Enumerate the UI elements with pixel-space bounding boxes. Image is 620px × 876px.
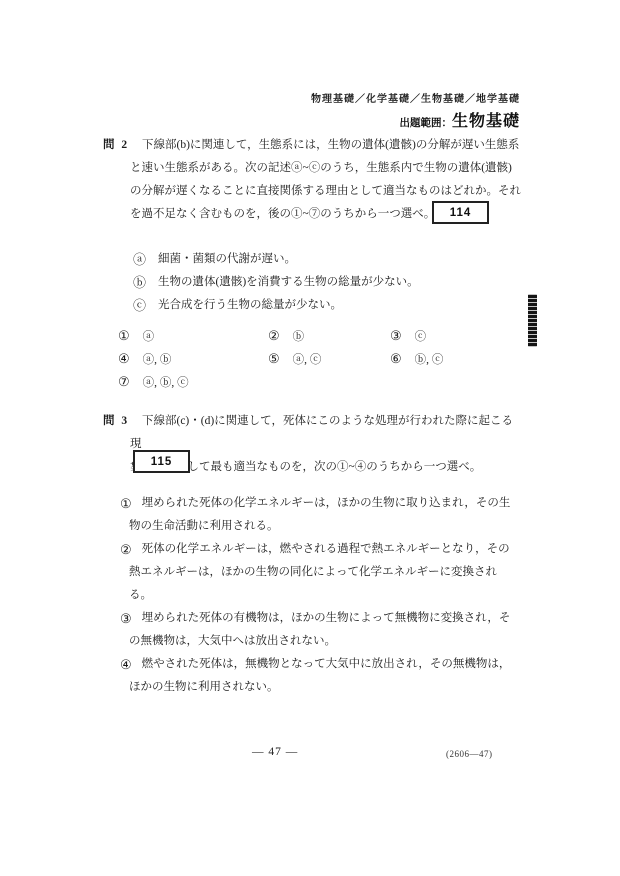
choice-1-text: ⓐ [143,328,155,344]
q3-choice-2: ② 死体の化学エネルギーは，燃やされる過程で熱エネルギーとなり，その 熱エネルギ… [120,538,522,607]
q3-choice-1: ① 埋められた死体の化学エネルギーは，ほかの生物に取り込まれ，その生 物の生命活… [120,492,522,538]
circled-4-mark: ④ [120,653,132,676]
booklet-code: (2606—47) [446,749,493,759]
q3-choice-3-line: 埋められた死体の有機物は，ほかの生物によって無機物に変換され，そ [142,607,511,630]
question-3-choices: ① 埋められた死体の化学エネルギーは，ほかの生物に取り込まれ，その生 物の生命活… [120,492,522,699]
choice-7-text: ⓐ, ⓑ, ⓒ [143,374,189,390]
page-number: — 47 — [252,746,298,758]
statement-b: ⓑ 生物の遺体(遺骸)を消費する生物の総量が少ない。 [133,271,419,294]
question-2-label: 問 2 [103,134,129,157]
page-header: 物理基礎／化学基礎／生物基礎／地学基礎 出題範囲：生物基礎 [311,90,520,131]
q3-choice-2-line: 熱エネルギーは，ほかの生物の同化によって化学エネルギーに変換され [129,561,522,584]
question-2-statements: ⓐ 細菌・菌類の代謝が遅い。 ⓑ 生物の遺体(遺骸)を消費する生物の総量が少ない… [133,248,419,317]
choice-5-text: ⓐ, ⓒ [293,351,322,367]
circled-3-mark: ③ [120,607,132,630]
answer-number-box-115: 115 [133,450,190,473]
circled-4-mark: ④ [118,352,130,365]
circled-c-mark: ⓒ [133,299,146,312]
q3-choice-2-line: 死体の化学エネルギーは，燃やされる過程で熱エネルギーとなり，その [142,538,510,561]
statement-a: ⓐ 細菌・菌類の代謝が遅い。 [133,248,419,271]
exam-range-value: 生物基礎 [452,113,520,130]
statement-c-text: 光合成を行う生物の総量が少ない。 [158,294,342,317]
statement-a-text: 細菌・菌類の代謝が遅い。 [158,248,296,271]
choice-6: ⑥ ⓑ, ⓒ [390,347,523,370]
circled-2-mark: ② [120,538,132,561]
q3-choice-4-line: ほかの生物に利用されない。 [129,676,522,699]
q3-choice-4-line: 燃やされた死体は，無機物となって大気中に放出され，その無機物は， [142,653,511,676]
statement-c: ⓒ 光合成を行う生物の総量が少ない。 [133,294,419,317]
circled-6-mark: ⑥ [390,352,402,365]
choice-4: ④ ⓐ, ⓑ [118,347,268,370]
subject-list: 物理基礎／化学基礎／生物基礎／地学基礎 [311,90,520,105]
q3-choice-3-line: の無機物は，大気中へは放出されない。 [129,630,522,653]
statement-b-text: 生物の遺体(遺骸)を消費する生物の総量が少ない。 [158,271,419,294]
circled-1-mark: ① [120,492,132,515]
exam-page: 物理基礎／化学基礎／生物基礎／地学基礎 出題範囲：生物基礎 問 2 下線部(b)… [0,0,620,876]
circled-5-mark: ⑤ [268,352,280,365]
exam-range-label: 出題範囲： [399,118,452,129]
q3-choice-2-line: る。 [129,584,522,607]
choice-2: ② ⓑ [268,324,390,347]
answer-number-box-114: 114 [432,201,489,224]
choice-5: ⑤ ⓐ, ⓒ [268,347,390,370]
circled-3-mark: ③ [390,329,402,342]
choice-4-text: ⓐ, ⓑ [143,351,172,367]
choice-6-text: ⓑ, ⓒ [415,351,444,367]
exam-range: 出題範囲：生物基礎 [311,108,520,131]
circled-7-mark: ⑦ [118,375,130,388]
circled-a-mark: ⓐ [133,253,146,266]
question-2-choices: ① ⓐ ② ⓑ ③ ⓒ ④ ⓐ, ⓑ ⑤ ⓐ, ⓒ ⑥ ⓑ, ⓒ ⑦ ⓐ, ⓑ,… [118,324,523,393]
question-2-line: と速い生態系がある。次の記述ⓐ~ⓒのうち，生態系内で生物の遺体(遺骸) [130,157,523,180]
circled-1-mark: ① [118,329,130,342]
choice-3: ③ ⓒ [390,324,523,347]
q3-choice-4: ④ 燃やされた死体は，無機物となって大気中に放出され，その無機物は， ほかの生物… [120,653,522,699]
choice-7: ⑦ ⓐ, ⓑ, ⓒ [118,370,268,393]
question-3-label: 問 3 [103,410,129,433]
circled-2-mark: ② [268,329,280,342]
q3-choice-1-line: 埋められた死体の化学エネルギーは，ほかの生物に取り込まれ，その生 [142,492,511,515]
q3-choice-1-line: 物の生命活動に利用される。 [129,515,522,538]
choice-1: ① ⓐ [118,324,268,347]
q3-choice-3: ③ 埋められた死体の有機物は，ほかの生物によって無機物に変換され，そ の無機物は… [120,607,522,653]
choice-3-text: ⓒ [415,328,427,344]
question-2-line: 下線部(b)に関連して，生態系には，生物の遺体(遺骸)の分解が遅い生態系 [130,134,523,157]
choice-2-text: ⓑ [293,328,305,344]
question-2-line: の分解が遅くなることに直接関係する理由として適当なものはどれか。それ [130,180,523,203]
circled-b-mark: ⓑ [133,276,146,289]
page-edge-index-tab [528,294,537,347]
